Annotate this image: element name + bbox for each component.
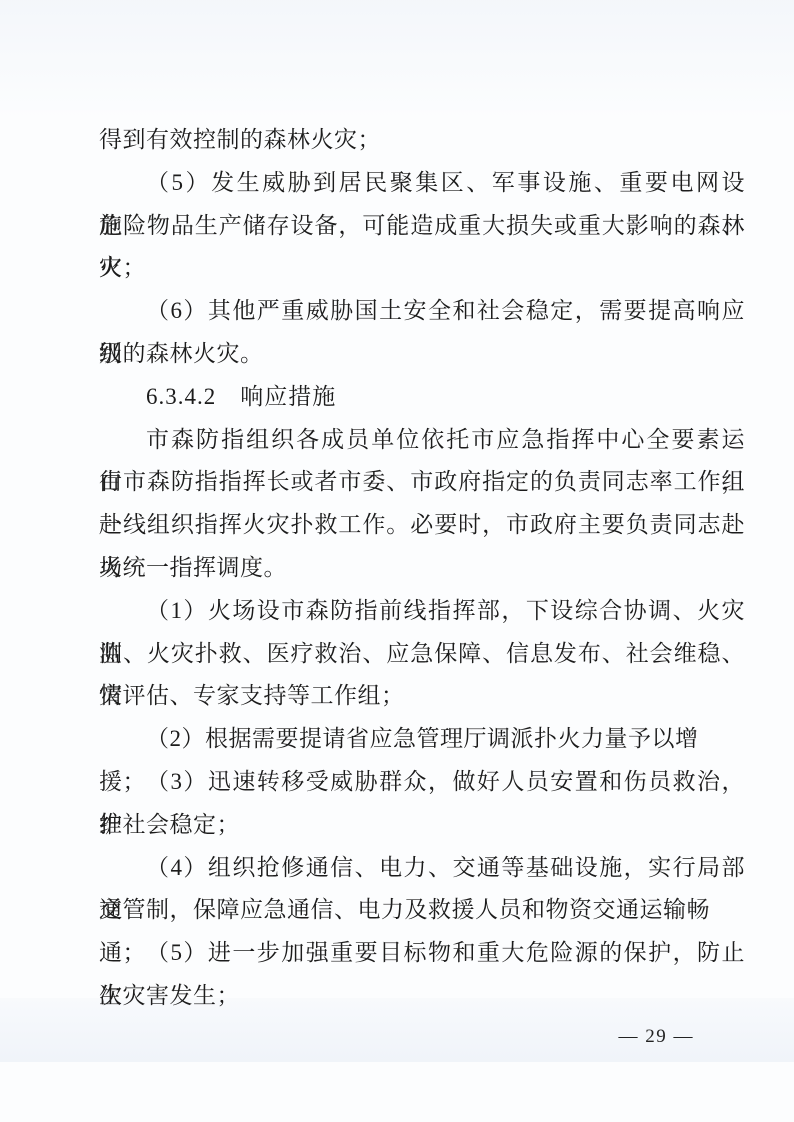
- scan-artifact-top: [0, 0, 794, 120]
- section-heading: 6.3.4.2 响应措施: [99, 376, 745, 419]
- text-line: （1）火场设市森防指前线指挥部，下设综合协调、火灾监: [99, 590, 745, 633]
- document-page: 得到有效控制的森林火灾；（5）发生威胁到居民聚集区、军事设施、重要电网设施、危险…: [0, 0, 794, 1122]
- text-line: 护社会稳定；: [99, 804, 745, 847]
- text-line: 测、火灾扑救、医疗救治、应急保障、信息发布、社会维稳、灾: [99, 633, 745, 676]
- text-line: （6）其他严重威胁国土安全和社会稳定，需要提高响应级: [99, 290, 745, 333]
- page-number: — 29 —: [619, 1026, 695, 1048]
- text-line: 生灾害发生；: [99, 975, 745, 1018]
- text-line: 情评估、专家支持等工作组；: [99, 675, 745, 718]
- text-line: 通管制，保障应急通信、电力及救援人员和物资交通运输畅通；: [99, 889, 745, 932]
- text-line: （5）发生威胁到居民聚集区、军事设施、重要电网设施、: [99, 162, 745, 205]
- text-line: 市森防指组织各成员单位依托市应急指挥中心全要素运行，: [99, 419, 745, 462]
- text-line: 别的森林火灾。: [99, 333, 745, 376]
- text-line: （2）根据需要提请省应急管理厅调派扑火力量予以增援；: [99, 718, 745, 761]
- text-line: 灾；: [99, 247, 745, 290]
- text-content: 得到有效控制的森林火灾；（5）发生威胁到居民聚集区、军事设施、重要电网设施、危险…: [99, 119, 745, 1018]
- text-line: （5）进一步加强重要目标物和重大危险源的保护，防止次: [99, 932, 745, 975]
- text-line: 危险物品生产储存设备，可能造成重大损失或重大影响的森林火: [99, 205, 745, 248]
- text-line: 场统一指挥调度。: [99, 547, 745, 590]
- text-line: 由市森防指指挥长或者市委、市政府指定的负责同志率工作组赴: [99, 461, 745, 504]
- text-line: 一线组织指挥火灾扑救工作。必要时，市政府主要负责同志赴火: [99, 504, 745, 547]
- text-line: （4）组织抢修通信、电力、交通等基础设施，实行局部交: [99, 847, 745, 890]
- text-line: 得到有效控制的森林火灾；: [99, 119, 745, 162]
- text-line: （3）迅速转移受威胁群众，做好人员安置和伤员救治，维: [99, 761, 745, 804]
